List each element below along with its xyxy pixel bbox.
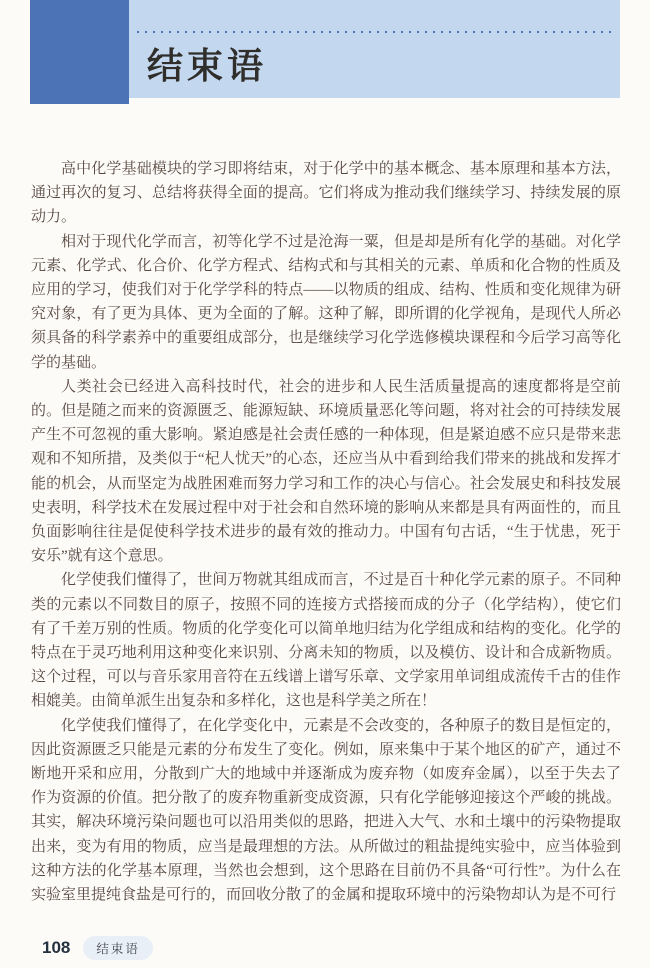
- page-number: 108: [42, 938, 70, 958]
- paragraph: 人类社会已经进入高科技时代，社会的进步和人民生活质量提高的速度都将是空前的。但是…: [31, 375, 621, 569]
- scanned-textbook-page: 结束语 高中化学基础模块的学习即将结束，对于化学中的基本概念、基本原理和基本方法…: [0, 0, 650, 968]
- paragraph: 相对于现代化学而言，初等化学不过是沧海一粟，但是却是所有化学的基础。对化学元素、…: [31, 230, 621, 375]
- page-title: 结束语: [147, 48, 267, 84]
- footer: 108 结束语: [42, 936, 153, 960]
- dotted-separator: [137, 31, 615, 33]
- paragraph: 化学使我们懂得了，在化学变化中，元素是不会改变的，各种原子的数目是恒定的，因此资…: [31, 714, 621, 908]
- body-text: 高中化学基础模块的学习即将结束，对于化学中的基本概念、基本原理和基本方法，通过再…: [31, 157, 621, 907]
- paragraph: 化学使我们懂得了，世间万物就其组成而言，不过是百十种化学元素的原子。不同种类的元…: [31, 568, 621, 713]
- header-accent-strip: [30, 0, 129, 104]
- paragraph: 高中化学基础模块的学习即将结束，对于化学中的基本概念、基本原理和基本方法，通过再…: [31, 157, 621, 230]
- section-badge: 结束语: [83, 936, 153, 960]
